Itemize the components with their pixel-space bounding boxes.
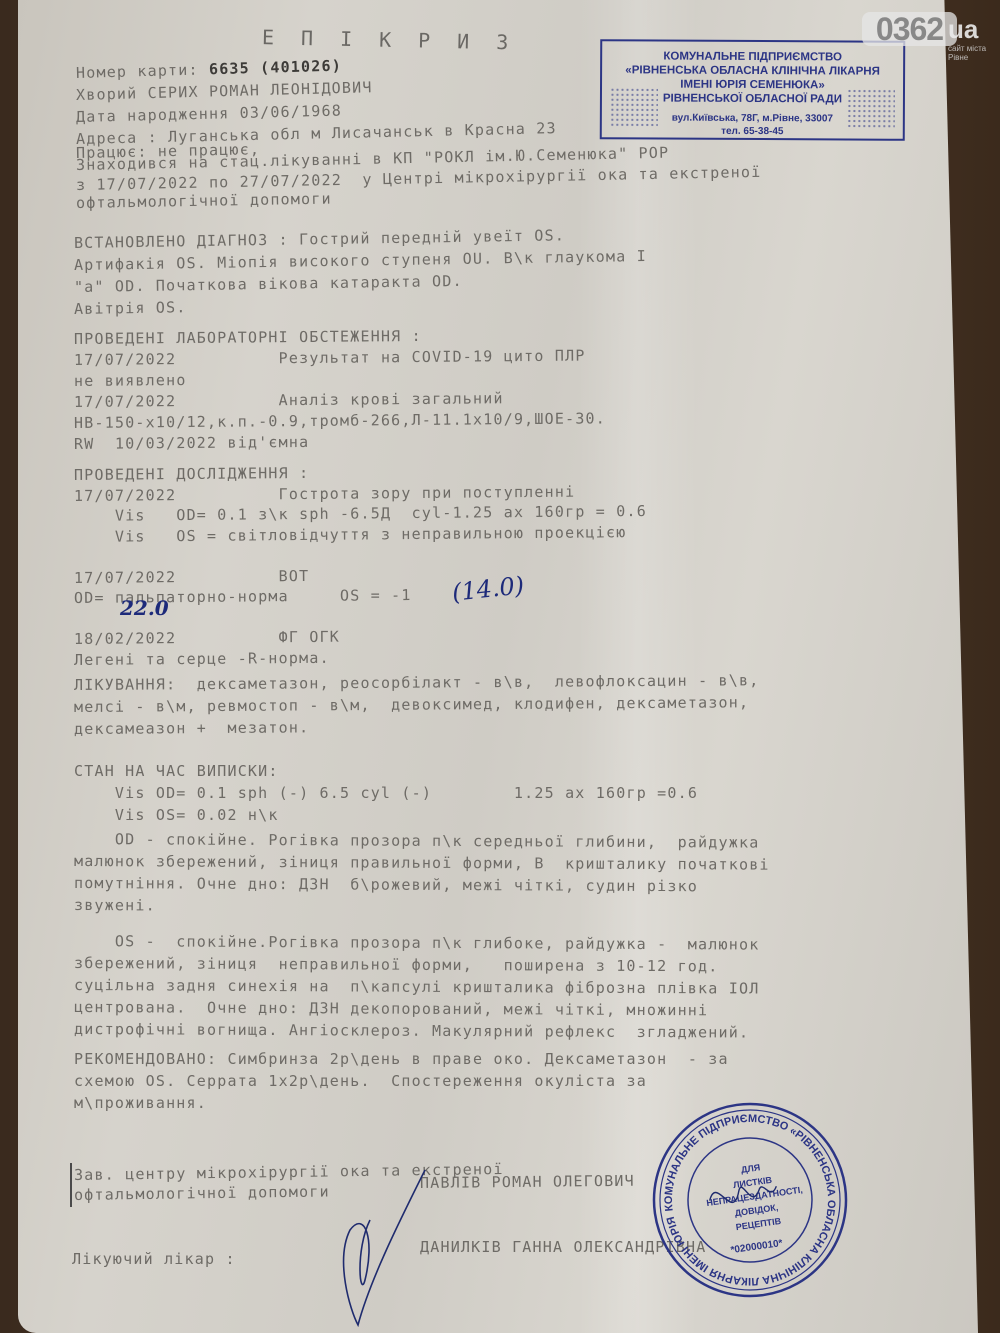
exam-line: 17/07/2022 ВОТ xyxy=(74,566,309,586)
lab-line: ПРОВЕДЕНІ ЛАБОРАТОРНІ ОБСТЕЖЕННЯ : xyxy=(74,327,422,348)
hospital-header-stamp: КОМУНАЛЬНЕ ПІДПРИЄМСТВО «РІВНЕНСЬКА ОБЛА… xyxy=(600,39,906,141)
site-logo: 0362 xyxy=(862,12,957,46)
os-description-line: дистрофічні вогнища. Ангіосклероз. Макул… xyxy=(74,1020,749,1042)
seal-center-line: ДОВІДОК, xyxy=(734,1202,779,1218)
recommendation-line: м\проживання. xyxy=(74,1094,207,1112)
exam-line: 18/02/2022 ФГ ОГК xyxy=(74,628,340,648)
od-description-line: звужені. xyxy=(74,896,156,914)
lab-line: не виявлено xyxy=(74,371,187,390)
discharge-line: Vis OD= 0.1 sph (-) 6.5 cyl (-) 1.25 ах … xyxy=(74,784,698,802)
doctor-signature xyxy=(330,1160,440,1333)
treatment-line: дексамеазон + мезатон. xyxy=(74,718,309,738)
od-description-line: малюнок збережений, зіниця правильної фо… xyxy=(74,852,770,874)
site-logo-suffix: ua xyxy=(948,14,978,45)
logo-sub-2: Рівне xyxy=(948,53,968,62)
seal-center-line: РЕЦЕПТІВ xyxy=(735,1216,782,1232)
exam-line: 17/07/2022 Гострота зору при поступленні xyxy=(74,482,575,504)
head-name: ПАВЛІВ РОМАН ОЛЕГОВИЧ xyxy=(420,1172,635,1192)
discharge-line: СТАН НА ЧАС ВИПИСКИ: xyxy=(74,762,279,780)
os-description-line: центрована. Очне дно: ДЗН декопорований,… xyxy=(74,998,708,1019)
seal-center-line: ДЛЯ xyxy=(740,1162,760,1175)
recommendation-line: РЕКОМЕНДОВАНО: Симбринза 2р\день в праве… xyxy=(74,1050,729,1068)
seal-center-line: ЛИСТКІВ xyxy=(733,1175,774,1190)
lab-line: 17/07/2022 Аналіз крові загальний xyxy=(74,389,504,411)
os-description-line: OS - спокійне.Рогівка прозора п\к глибок… xyxy=(74,932,760,954)
site-logo-subtitle: сайт містаРівне xyxy=(948,44,986,62)
round-hospital-seal: КОМУНАЛЬНЕ ПІДПРИЄМСТВО «РІВНЕНСЬКА ОБЛА… xyxy=(637,1087,863,1313)
os-description-line: суцільна задня синехія на п\капсулі криш… xyxy=(74,976,760,998)
diagnosis-line: Авітрія OS. xyxy=(74,298,187,318)
exam-line: ПРОВЕДЕНІ ДОСЛІДЖЕННЯ : xyxy=(74,464,309,484)
doctor-label: Лікуючий лікар : xyxy=(72,1250,236,1268)
handwritten-od-pressure: 22.0 xyxy=(120,596,169,620)
signature-bracket xyxy=(70,1163,72,1207)
lab-line: RW 10/03/2022 від'ємна xyxy=(74,433,309,453)
discharge-line: Vis OS= 0.02 н\к xyxy=(74,806,279,824)
exam-line: Легені та серце -R-норма. xyxy=(74,648,330,668)
card-number-label: Номер карти: xyxy=(76,61,199,82)
od-description-line: помутніння. Очне дно: ДЗН б\рожевий, меж… xyxy=(74,874,698,895)
stamp-line-1: КОМУНАЛЬНЕ ПІДПРИЄМСТВО xyxy=(602,49,903,65)
od-description-line: OD - спокійне. Рогівка прозора п\к серед… xyxy=(74,830,760,852)
stamp-smudge xyxy=(610,87,658,127)
stamp-smudge xyxy=(847,88,895,128)
recommendation-line: схемою OS. Серрата 1х2р\день. Спостереже… xyxy=(74,1072,647,1090)
os-description-line: збережений, зіниця неправильної форми, п… xyxy=(74,954,719,975)
stamp-line-2: «РІВНЕНСЬКА ОБЛАСНА КЛІНІЧНА ЛІКАРНЯ xyxy=(602,63,903,79)
logo-sub-1: сайт міста xyxy=(948,44,986,53)
card-number-value: 6635 (401026) xyxy=(209,57,342,79)
seal-code: *02000010* xyxy=(730,1238,783,1256)
head-title-line-2: офтальмологічної допомоги xyxy=(74,1182,330,1204)
